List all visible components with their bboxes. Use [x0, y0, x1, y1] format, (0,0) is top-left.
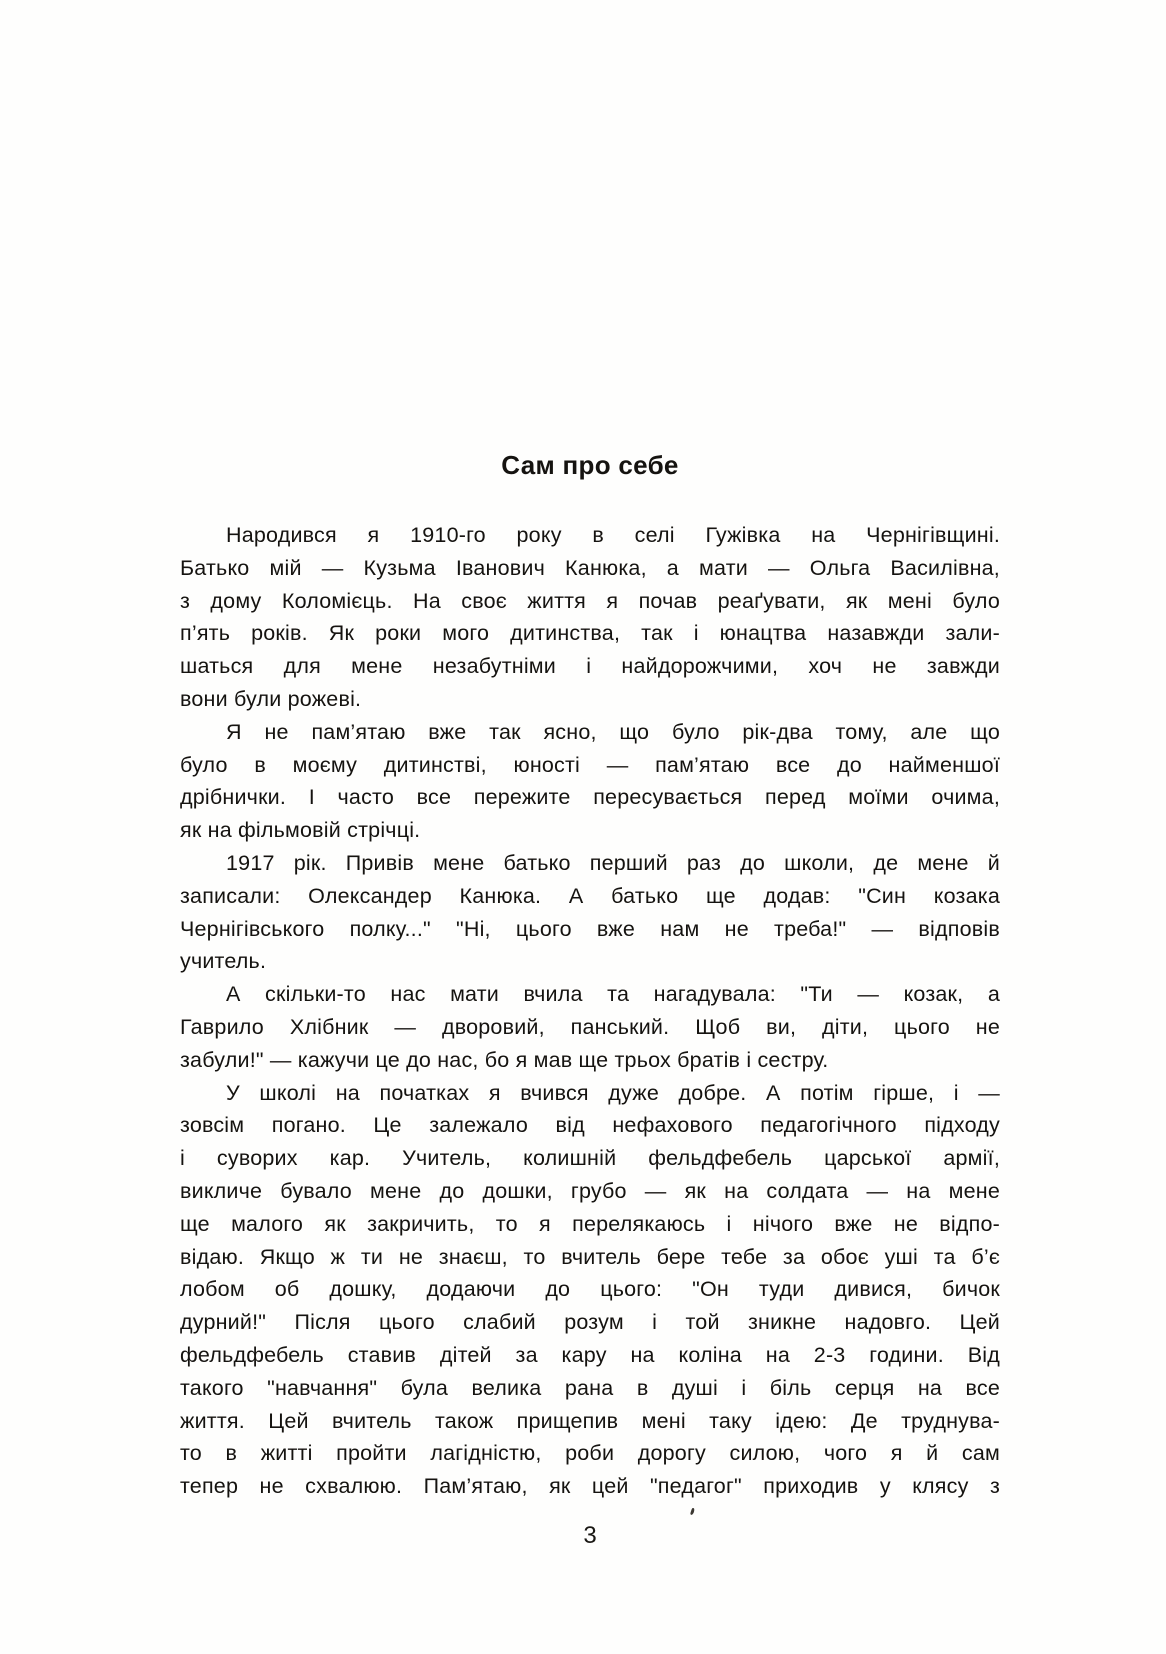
text-line: життя. Цей вчитель також прищепив мені т… [180, 1405, 1000, 1438]
text-line: зовсім погано. Це залежало від нефаховог… [180, 1109, 1000, 1142]
page-number: 3 [180, 1522, 1000, 1550]
text-line: такого "навчання" була велика рана в душ… [180, 1372, 1000, 1405]
text-line: дрібнички. І часто все пережите пересува… [180, 781, 1000, 814]
text-line: п’ять років. Як роки мого дитинства, так… [180, 617, 1000, 650]
text-line: з дому Коломієць. На своє життя я почав … [180, 585, 1000, 618]
text-line: Батько мій — Кузьма Іванович Канюка, а м… [180, 552, 1000, 585]
text-line: дурний!" Після цього слабий розум і той … [180, 1306, 1000, 1339]
text-line: 1917 рік. Привів мене батько перший раз … [180, 847, 1000, 880]
text-line: викличе бувало мене до дошки, грубо — як… [180, 1175, 1000, 1208]
text-line: тепер не схвалюю. Пам’ятаю, як цей "педа… [180, 1470, 1000, 1503]
text-line: Народився я 1910-го року в селі Гужівка … [180, 519, 1000, 552]
text-line: то в житті пройти лагідністю, роби дорог… [180, 1437, 1000, 1470]
text-line: А скільки-то нас мати вчила та нагадувал… [180, 978, 1000, 1011]
text-line: шаться для мене незабутніми і найдорожчи… [180, 650, 1000, 683]
text-line: було в моєму дитинстві, юності — пам’ята… [180, 749, 1000, 782]
text-line: записали: Олександер Канюка. А батько ще… [180, 880, 1000, 913]
text-block: Народився я 1910-го року в селі Гужівка … [180, 519, 1000, 1503]
text-line: відаю. Якщо ж ти не знаєш, то вчитель бе… [180, 1241, 1000, 1274]
paragraph: Народився я 1910-го року в селі Гужівка … [180, 519, 1000, 716]
text-line: вони були рожеві. [180, 683, 1000, 716]
paragraph: У школі на початках я вчився дуже добре.… [180, 1077, 1000, 1503]
text-line: забули!" — кажучи це до нас, бо я мав ще… [180, 1044, 1000, 1077]
text-line: як на фільмовій стрічці. [180, 814, 1000, 847]
paragraph: 1917 рік. Привів мене батько перший раз … [180, 847, 1000, 978]
text-line: фельдфебель ставив дітей за кару на колі… [180, 1339, 1000, 1372]
text-line: У школі на початках я вчився дуже добре.… [180, 1077, 1000, 1110]
text-line: лобом об дошку, додаючи до цього: "Он ту… [180, 1273, 1000, 1306]
text-line: учитель. [180, 945, 1000, 978]
text-line: Гаврило Хлібник — дворовий, панський. Що… [180, 1011, 1000, 1044]
text-line: Я не пам’ятаю вже так ясно, що було рік-… [180, 716, 1000, 749]
text-line: і суворих кар. Учитель, колишній фельдфе… [180, 1142, 1000, 1175]
paragraph: А скільки-то нас мати вчила та нагадувал… [180, 978, 1000, 1076]
scan-speck-artifact [690, 1508, 695, 1516]
page-title: Сам про себе [180, 450, 1000, 481]
book-page: Сам про себе Народився я 1910-го року в … [0, 0, 1166, 1654]
text-line: Чернігівського полку..." "Ні, цього вже … [180, 913, 1000, 946]
text-line: ще малого як закричить, то я перелякаюсь… [180, 1208, 1000, 1241]
paragraph: Я не пам’ятаю вже так ясно, що було рік-… [180, 716, 1000, 847]
